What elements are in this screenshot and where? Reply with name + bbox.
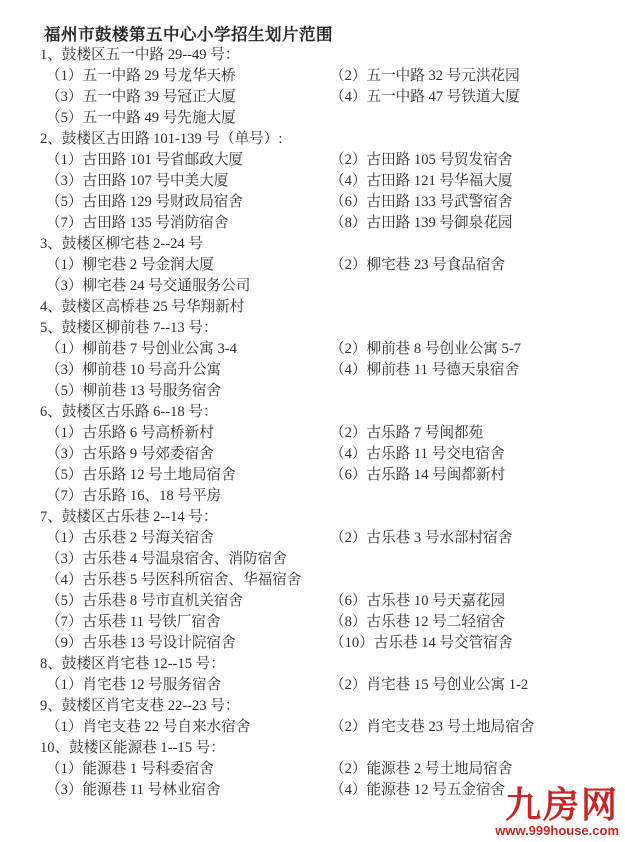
address-row: （3）柳宅巷 24 号交通服务公司 (40, 276, 609, 297)
address-item: （7）古乐巷 11 号铁厂宿舍 (46, 614, 221, 630)
address-item: （2）肖宅巷 15 号创业公寓 1-2 (330, 675, 528, 696)
address-item: （2）古乐路 7 号闽都苑 (330, 423, 483, 444)
enrollment-district-list: 1、鼓楼区五一中路 29--49 号：（1）五一中路 29 号龙华天桥（2）五一… (40, 45, 609, 801)
address-item: （4）柳前巷 11 号德天泉宿舍 (330, 360, 519, 381)
address-row: （1）柳宅巷 2 号金润大厦（2）柳宅巷 23 号食品宿舍 (40, 255, 609, 276)
address-item: （1）肖宅支巷 22 号自来水宿舍 (46, 719, 250, 735)
address-item: （6）古乐巷 10 号天嘉花园 (330, 591, 505, 612)
address-row: （5）柳前巷 13 号服务宿舍 (40, 381, 609, 402)
address-item: （9）古乐巷 13 号设计院宿舍 (46, 635, 236, 651)
document-title: 福州市鼓楼第五中心小学招生划片范围 (44, 24, 625, 45)
address-item: （3）古乐巷 4 号温泉宿舍、消防宿舍 (46, 551, 287, 567)
address-item: （3）柳前巷 10 号高升公寓 (46, 362, 221, 378)
address-row: （3）古乐巷 4 号温泉宿舍、消防宿舍 (40, 549, 609, 570)
address-row: （5）古田路 129 号财政局宿舍（6）古田路 133 号武警宿舍 (40, 192, 609, 213)
address-item: （6）古田路 133 号武警宿舍 (330, 192, 512, 213)
address-row: （3）古田路 107 号中美大厦（4）古田路 121 号华福大厦 (40, 171, 609, 192)
section-header-1: 1、鼓楼区五一中路 29--49 号： (40, 45, 609, 66)
address-item: （5）古田路 129 号财政局宿舍 (46, 194, 243, 210)
address-item: （1）古田路 101 号省邮政大厦 (46, 152, 243, 168)
address-item: （3）五一中路 39 号冠正大厦 (46, 89, 236, 105)
address-item: （2）五一中路 32 号元洪花园 (330, 66, 520, 87)
address-row: （1）五一中路 29 号龙华天桥（2）五一中路 32 号元洪花园 (40, 66, 609, 87)
address-item: （2）古乐巷 3 号水部村宿舍 (330, 528, 512, 549)
address-item: （1）能源巷 1 号科委宿舍 (46, 761, 214, 777)
address-item: （3）古田路 107 号中美大厦 (46, 173, 228, 189)
address-row: （1）肖宅巷 12 号服务宿舍（2）肖宅巷 15 号创业公寓 1-2 (40, 675, 609, 696)
address-item: （7）古田路 135 号消防宿舍 (46, 215, 228, 231)
section-header-4: 4、鼓楼区高桥巷 25 号华翔新村 (40, 297, 609, 318)
section-header-3: 3、鼓楼区柳宅巷 2--24 号 (40, 234, 609, 255)
address-item: （1）古乐路 6 号高桥新村 (46, 425, 214, 441)
address-item: （3）能源巷 11 号林业宿舍 (46, 782, 221, 798)
address-item: （1）五一中路 29 号龙华天桥 (46, 68, 236, 84)
address-row: （5）五一中路 49 号先施大厦 (40, 108, 609, 129)
address-row: （1）古乐路 6 号高桥新村（2）古乐路 7 号闽都苑 (40, 423, 609, 444)
address-item: （8）古田路 139 号御泉花园 (330, 213, 512, 234)
jiufangwang-logo: 九房网 (495, 787, 619, 823)
watermark-url-text: www.999house.com (495, 823, 619, 838)
address-item: （2）肖宅支巷 23 号土地局宿舍 (330, 717, 534, 738)
address-item: （4）古乐巷 5 号医科所宿舍、华福宿舍 (46, 572, 301, 588)
section-header-8: 8、鼓楼区肖宅巷 12--15 号： (40, 654, 609, 675)
address-row: （9）古乐巷 13 号设计院宿舍（10）古乐巷 14 号交管宿舍 (40, 633, 609, 654)
address-item: （7）古乐路 16、18 号平房 (46, 488, 221, 504)
address-item: （1）肖宅巷 12 号服务宿舍 (46, 677, 221, 693)
address-row: （1）古乐巷 2 号海关宿舍（2）古乐巷 3 号水部村宿舍 (40, 528, 609, 549)
address-item: （5）古乐路 12 号土地局宿舍 (46, 467, 236, 483)
section-header-2: 2、鼓楼区古田路 101-139 号（单号）: (40, 129, 609, 150)
address-item: （4）古乐路 11 号交电宿舍 (330, 444, 505, 465)
address-item: （5）五一中路 49 号先施大厦 (46, 110, 236, 126)
address-item: （8）古乐巷 12 号二轻宿舍 (330, 612, 505, 633)
address-row: （1）肖宅支巷 22 号自来水宿舍（2）肖宅支巷 23 号土地局宿舍 (40, 717, 609, 738)
address-item: （1）古乐巷 2 号海关宿舍 (46, 530, 214, 546)
section-header-10: 10、鼓楼区能源巷 1--15 号： (40, 738, 609, 759)
address-row: （3）五一中路 39 号冠正大厦（4）五一中路 47 号铁道大厦 (40, 87, 609, 108)
section-header-5: 5、鼓楼区柳前巷 7--13 号： (40, 318, 609, 339)
address-item: （4）五一中路 47 号铁道大厦 (330, 87, 520, 108)
address-item: （4）能源巷 12 号五金宿舍 (330, 780, 505, 801)
address-row: （4）古乐巷 5 号医科所宿舍、华福宿舍 (40, 570, 609, 591)
section-header-6: 6、鼓楼区古乐路 6--18 号： (40, 402, 609, 423)
address-row: （1）能源巷 1 号科委宿舍（2）能源巷 2 号土地局宿舍 (40, 759, 609, 780)
address-item: （2）柳宅巷 23 号食品宿舍 (330, 255, 505, 276)
address-item: （6）古乐路 14 号闽都新村 (330, 465, 505, 486)
address-item: （3）柳宅巷 24 号交通服务公司 (46, 278, 250, 294)
address-row: （5）古乐巷 8 号市直机关宿舍（6）古乐巷 10 号天嘉花园 (40, 591, 609, 612)
address-row: （7）古田路 135 号消防宿舍（8）古田路 139 号御泉花园 (40, 213, 609, 234)
address-item: （10）古乐巷 14 号交管宿舍 (330, 633, 512, 654)
address-item: （2）能源巷 2 号土地局宿舍 (330, 759, 512, 780)
address-item: （3）古乐路 9 号郊委宿舍 (46, 446, 214, 462)
address-item: （2）柳前巷 8 号创业公寓 5-7 (330, 339, 521, 360)
address-row: （1）古田路 101 号省邮政大厦（2）古田路 105 号贸发宿舍 (40, 150, 609, 171)
address-row: （3）古乐路 9 号郊委宿舍（4）古乐路 11 号交电宿舍 (40, 444, 609, 465)
address-row: （7）古乐路 16、18 号平房 (40, 486, 609, 507)
address-row: （3）柳前巷 10 号高升公寓（4）柳前巷 11 号德天泉宿舍 (40, 360, 609, 381)
address-row: （5）古乐路 12 号土地局宿舍（6）古乐路 14 号闽都新村 (40, 465, 609, 486)
address-item: （5）柳前巷 13 号服务宿舍 (46, 383, 221, 399)
address-item: （2）古田路 105 号贸发宿舍 (330, 150, 512, 171)
address-row: （1）柳前巷 7 号创业公寓 3-4（2）柳前巷 8 号创业公寓 5-7 (40, 339, 609, 360)
section-header-9: 9、鼓楼区肖宅支巷 22--23 号： (40, 696, 609, 717)
site-watermark: 九房网 www.999house.com (495, 787, 619, 838)
address-item: （4）古田路 121 号华福大厦 (330, 171, 512, 192)
address-item: （1）柳前巷 7 号创业公寓 3-4 (46, 341, 237, 357)
address-item: （1）柳宅巷 2 号金润大厦 (46, 257, 214, 273)
section-header-7: 7、鼓楼区古乐巷 2--14 号： (40, 507, 609, 528)
document-page: 福州市鼓楼第五中心小学招生划片范围 1、鼓楼区五一中路 29--49 号：（1）… (0, 0, 625, 842)
address-item: （5）古乐巷 8 号市直机关宿舍 (46, 593, 243, 609)
address-row: （7）古乐巷 11 号铁厂宿舍（8）古乐巷 12 号二轻宿舍 (40, 612, 609, 633)
